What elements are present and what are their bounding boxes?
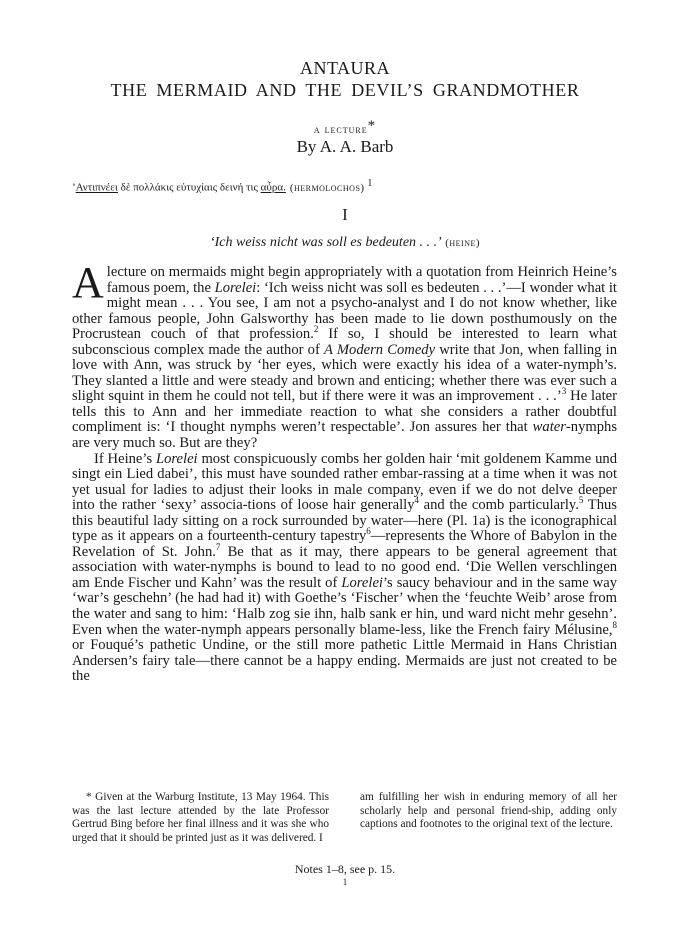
lecture-label: a lecture* [0,118,690,137]
lecture-label-text: a lecture [314,122,368,136]
greek-first-word: Αντιπνέει [76,182,118,194]
document-page: ANTAURA THE MERMAID AND THE DEVIL’S GRAN… [0,0,690,937]
article-subtitle: THE MERMAID AND THE DEVIL’S GRANDMOTHER [0,79,690,101]
greek-epigraph: ’Αντιπνέει δὲ πολλάκις εὐτυχίαις δεινή τ… [72,176,372,196]
text-run: and the comb particularly. [419,497,579,513]
italic-title: Lorelei [215,280,257,296]
author-byline: By A. A. Barb [0,136,690,158]
greek-underlined-word: αὖρα. [261,182,286,194]
notes-reference: Notes 1–8, see p. 15. [0,862,690,877]
footnote-left-column: * Given at the Warburg Institute, 13 May… [72,791,329,845]
footnotes: * Given at the Warburg Institute, 13 May… [72,791,617,845]
heine-source: (heine) [445,237,480,249]
paragraph-1: Alecture on mermaids might begin appropr… [72,265,617,452]
article-title: ANTAURA [0,57,690,79]
text-run: or Fouqué’s pathetic Undine, or the stil… [72,637,617,684]
italic-title: Lorelei [341,575,383,591]
italic-title: Lorelei [156,451,198,467]
footnote-ref-8: 8 [613,620,618,630]
heine-epigraph: ‘Ich weiss nicht was soll es bedeuten . … [0,234,690,252]
section-numeral: I [0,205,690,225]
italic-title: A Modern Comedy [324,342,435,358]
body-text: Alecture on mermaids might begin appropr… [72,265,617,685]
page-number: 1 [0,877,690,887]
heine-quote: ‘Ich weiss nicht was soll es bedeuten . … [210,235,442,250]
footnote-right-column: am fulfilling her wish in enduring memor… [360,791,617,845]
italic-emphasis: water [533,419,566,435]
lecture-footnote-mark: * [368,118,377,134]
greek-middle: δὲ πολλάκις εὐτυχίαις δεινή τις [118,182,261,194]
text-run: If Heine’s [94,451,156,467]
paragraph-2: If Heine’s Lorelei most conspicuously co… [72,452,617,685]
footnote-ref-1: 1 [367,178,372,189]
drop-cap: A [72,266,104,300]
greek-source: (hermolochos) [290,182,365,194]
